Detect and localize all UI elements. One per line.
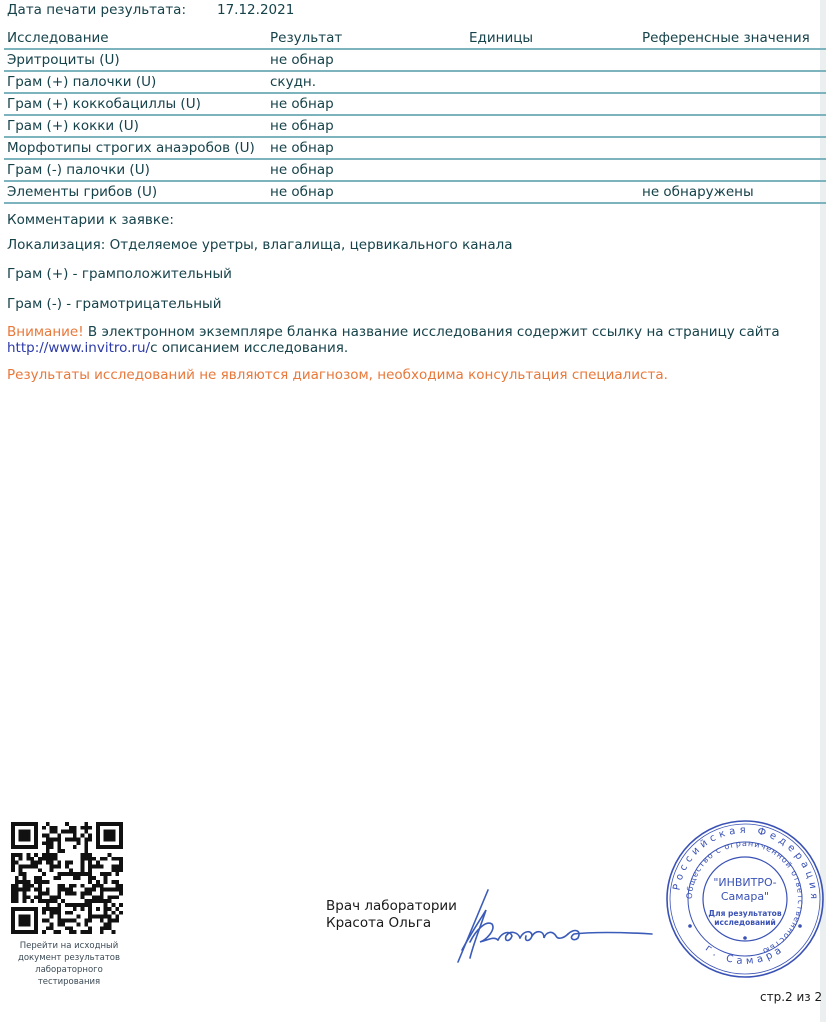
qr-caption-line: Перейти на исходный xyxy=(4,940,134,952)
table-row: Грам (-) палочки (U)не обнар xyxy=(4,159,826,181)
table-row: Элементы грибов (U)не обнарне обнаружены xyxy=(4,181,826,203)
units-value xyxy=(466,181,639,203)
test-name-link[interactable]: Морфотипы строгих анаэробов (U) xyxy=(4,137,267,159)
doctor-title: Врач лаборатории xyxy=(326,898,457,915)
result-value: не обнар xyxy=(267,137,466,159)
doctor-name: Красота Ольга xyxy=(326,915,457,932)
reference-value xyxy=(639,93,826,115)
attention-label: Внимание! xyxy=(7,324,84,340)
test-name-link[interactable]: Грам (+) палочки (U) xyxy=(4,71,267,93)
reference-value xyxy=(639,49,826,71)
qr-caption-line: документ результатов xyxy=(4,952,134,964)
test-name-link[interactable]: Грам (-) палочки (U) xyxy=(4,159,267,181)
print-date: Дата печати результата:17.12.2021 xyxy=(7,2,294,18)
column-header-reference: Референсные значения xyxy=(639,27,826,49)
test-name-link[interactable]: Грам (+) кокки (U) xyxy=(4,115,267,137)
reference-value xyxy=(639,137,826,159)
units-value xyxy=(466,49,639,71)
test-name-link[interactable]: Грам (+) коккобациллы (U) xyxy=(4,93,267,115)
attention-notice: Внимание! В электронном экземпляре бланк… xyxy=(7,324,780,356)
company-stamp: Российская Федерация Общество с ограниче… xyxy=(664,818,826,980)
table-row: Морфотипы строгих анаэробов (U)не обнар xyxy=(4,137,826,159)
column-header-test: Исследование xyxy=(4,27,267,49)
table-row: Грам (+) палочки (U)скудн. xyxy=(4,71,826,93)
qr-caption: Перейти на исходный документ результатов… xyxy=(4,940,134,988)
stamp-center-line1: "ИНВИТРО- xyxy=(713,876,776,889)
units-value xyxy=(466,93,639,115)
comment-gram-negative: Грам (-) - грамотрицательный xyxy=(7,296,221,312)
comment-gram-positive: Грам (+) - грамположительный xyxy=(7,266,232,282)
results-table: Исследование Результат Единицы Референсн… xyxy=(4,27,826,204)
result-value: скудн. xyxy=(267,71,466,93)
attention-text: В электронном экземпляре бланка название… xyxy=(84,324,780,340)
link-suffix: с описанием исследования. xyxy=(150,340,348,356)
reference-value: не обнаружены xyxy=(639,181,826,203)
qr-caption-line: лабораторного тестирования xyxy=(4,964,134,988)
units-value xyxy=(466,71,639,93)
qr-code[interactable] xyxy=(11,822,123,934)
stamp-center-line2: Самара" xyxy=(721,890,769,903)
column-header-result: Результат xyxy=(267,27,466,49)
units-value xyxy=(466,159,639,181)
stamp-center-line3: Для результатов xyxy=(708,909,781,918)
table-header-row: Исследование Результат Единицы Референсн… xyxy=(4,27,826,49)
disclaimer: Результаты исследований не являются диаг… xyxy=(7,367,668,383)
table-row: Грам (+) коккобациллы (U)не обнар xyxy=(4,93,826,115)
test-name-link[interactable]: Эритроциты (U) xyxy=(4,49,267,71)
result-value: не обнар xyxy=(267,181,466,203)
stamp-center-line4: исследований xyxy=(714,918,775,927)
comment-localization: Локализация: Отделяемое уретры, влагалищ… xyxy=(7,237,513,253)
print-date-value: 17.12.2021 xyxy=(217,2,294,18)
doctor-block: Врач лаборатории Красота Ольга xyxy=(326,898,457,932)
units-value xyxy=(466,137,639,159)
column-header-units: Единицы xyxy=(466,27,639,49)
result-value: не обнар xyxy=(267,49,466,71)
page-number: стр.2 из 2 xyxy=(760,990,822,1004)
result-value: не обнар xyxy=(267,159,466,181)
table-row: Грам (+) кокки (U)не обнар xyxy=(4,115,826,137)
print-date-label: Дата печати результата: xyxy=(7,2,217,18)
reference-value xyxy=(639,159,826,181)
table-row: Эритроциты (U)не обнар xyxy=(4,49,826,71)
comments-title: Комментарии к заявке: xyxy=(7,212,174,228)
reference-value xyxy=(639,115,826,137)
units-value xyxy=(466,115,639,137)
invitro-link[interactable]: http://www.invitro.ru/ xyxy=(7,340,150,356)
test-name-link[interactable]: Элементы грибов (U) xyxy=(4,181,267,203)
signature xyxy=(440,880,660,970)
result-value: не обнар xyxy=(267,115,466,137)
result-value: не обнар xyxy=(267,93,466,115)
reference-value xyxy=(639,71,826,93)
